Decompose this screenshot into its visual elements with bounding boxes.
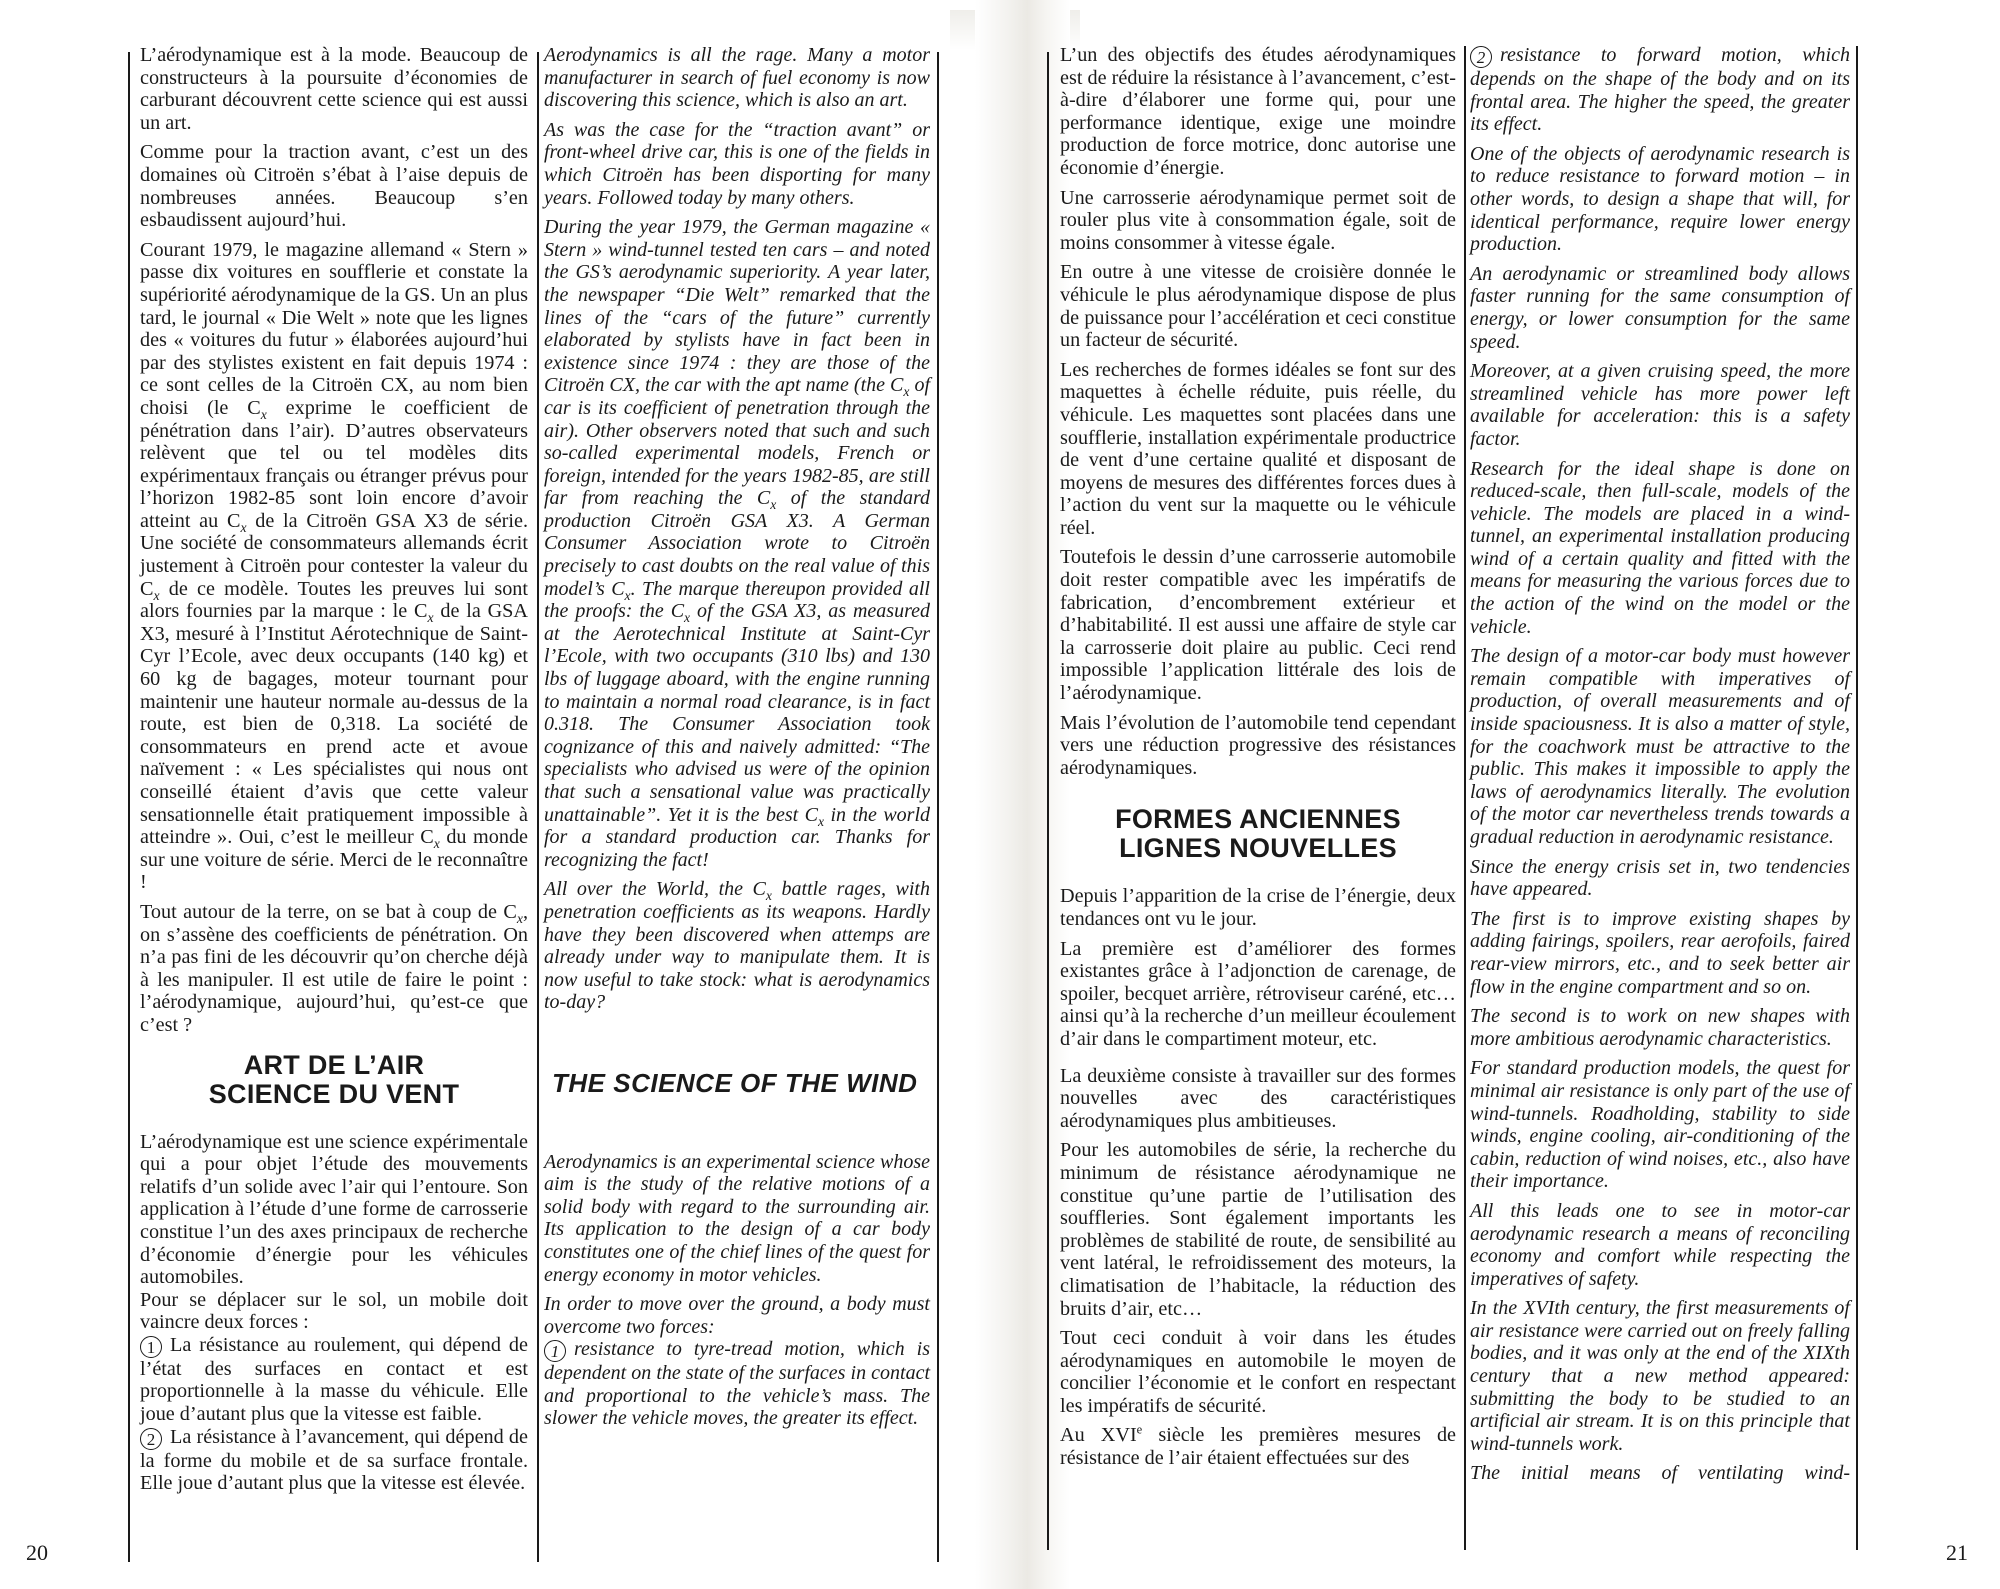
section-heading: THE SCIENCE OF THE WIND: [552, 1072, 930, 1095]
circled-number-icon: 1: [140, 1336, 162, 1358]
circled-number-icon: 2: [140, 1428, 162, 1450]
paragraph: L’un des objectifs des études aérodynami…: [1060, 44, 1456, 180]
paragraph: All over the World, the Cx battle rages,…: [544, 878, 930, 1014]
paragraph: Mais l’évolution de l’automobile tend ce…: [1060, 712, 1456, 780]
paragraph: The initial means of ventilating wind-: [1470, 1462, 1850, 1485]
column-rule: [128, 52, 130, 1562]
paragraph: The second is to work on new shapes with…: [1470, 1005, 1850, 1050]
force-item: 1La résistance au roulement, qui dépend …: [140, 1334, 528, 1426]
force-item: 2resistance to forward motion, which dep…: [1470, 44, 1850, 136]
paragraph: In the XVIth century, the first measurem…: [1470, 1297, 1850, 1455]
paragraph: All this leads one to see in motor-car a…: [1470, 1200, 1850, 1290]
circled-number-icon: 2: [1470, 46, 1492, 68]
circled-number-icon: 1: [544, 1340, 566, 1362]
paragraph: One of the objects of aerodynamic resear…: [1470, 143, 1850, 256]
magazine-spread: L’aérodynamique est à la mode. Beaucoup …: [0, 0, 2000, 1589]
paragraph: Toutefois le dessin d’une carrosserie au…: [1060, 546, 1456, 704]
paragraph: La première est d’améliorer des formes e…: [1060, 938, 1456, 1051]
paragraph: Research for the ideal shape is done on …: [1470, 458, 1850, 639]
paragraph: Comme pour la traction avant, c’est un d…: [140, 141, 528, 231]
paragraph: Tout ceci conduit à voir dans les études…: [1060, 1327, 1456, 1417]
paragraph: En outre à une vitesse de croisière donn…: [1060, 261, 1456, 351]
section-heading: ART DE L’AIR SCIENCE DU VENT: [140, 1051, 528, 1109]
paragraph: Aerodynamics is all the rage. Many a mot…: [544, 44, 930, 112]
paragraph: Au XVIe siècle les premières mesures de …: [1060, 1424, 1456, 1469]
paragraph: Courant 1979, le magazine allemand « Ste…: [140, 239, 528, 894]
paragraph: Pour les automobiles de série, la recher…: [1060, 1139, 1456, 1320]
column-rule: [537, 52, 539, 1562]
paragraph: During the year 1979, the German magazin…: [544, 216, 930, 871]
left-page-french-column: L’aérodynamique est à la mode. Beaucoup …: [140, 44, 528, 1495]
paragraph: L’aérodynamique est une science expérime…: [140, 1131, 528, 1289]
column-rule: [1856, 46, 1858, 1550]
left-page-english-column: Aerodynamics is all the rage. Many a mot…: [544, 44, 930, 1430]
column-rule: [1464, 46, 1466, 1550]
paragraph: In order to move over the ground, a body…: [544, 1293, 930, 1338]
section-heading: FORMES ANCIENNES LIGNES NOUVELLES: [1060, 805, 1456, 863]
page-number: 20: [26, 1540, 48, 1566]
paragraph: As was the case for the “traction avant”…: [544, 119, 930, 209]
paragraph: The design of a motor-car body must howe…: [1470, 645, 1850, 848]
paragraph: An aerodynamic or streamlined body allow…: [1470, 263, 1850, 353]
paragraph: Pour se déplacer sur le sol, un mobile d…: [140, 1289, 528, 1334]
paragraph: Aerodynamics is an experimental science …: [544, 1151, 930, 1287]
paragraph: Depuis l’apparition de la crise de l’éne…: [1060, 885, 1456, 930]
page-number: 21: [1946, 1540, 1968, 1566]
paragraph: La deuxième consiste à travailler sur de…: [1060, 1065, 1456, 1133]
paragraph: Les recherches de formes idéales se font…: [1060, 359, 1456, 540]
paragraph: The first is to improve existing shapes …: [1470, 908, 1850, 998]
right-page-english-column: 2resistance to forward motion, which dep…: [1470, 44, 1850, 1492]
force-item: 2La résistance à l’avancement, qui dépen…: [140, 1426, 528, 1495]
paragraph: For standard production models, the ques…: [1470, 1057, 1850, 1193]
binding-gutter: [975, 0, 1070, 1589]
column-rule: [1047, 52, 1049, 1550]
column-rule: [937, 52, 939, 1562]
paragraph: Moreover, at a given cruising speed, the…: [1470, 360, 1850, 450]
right-page-french-column: L’un des objectifs des études aérodynami…: [1060, 44, 1456, 1477]
paragraph: Tout autour de la terre, on se bat à cou…: [140, 901, 528, 1037]
paragraph: Since the energy crisis set in, two tend…: [1470, 856, 1850, 901]
force-item: 1resistance to tyre-tread motion, which …: [544, 1338, 930, 1430]
paragraph: L’aérodynamique est à la mode. Beaucoup …: [140, 44, 528, 134]
paragraph: Une carrosserie aérodynamique permet soi…: [1060, 187, 1456, 255]
